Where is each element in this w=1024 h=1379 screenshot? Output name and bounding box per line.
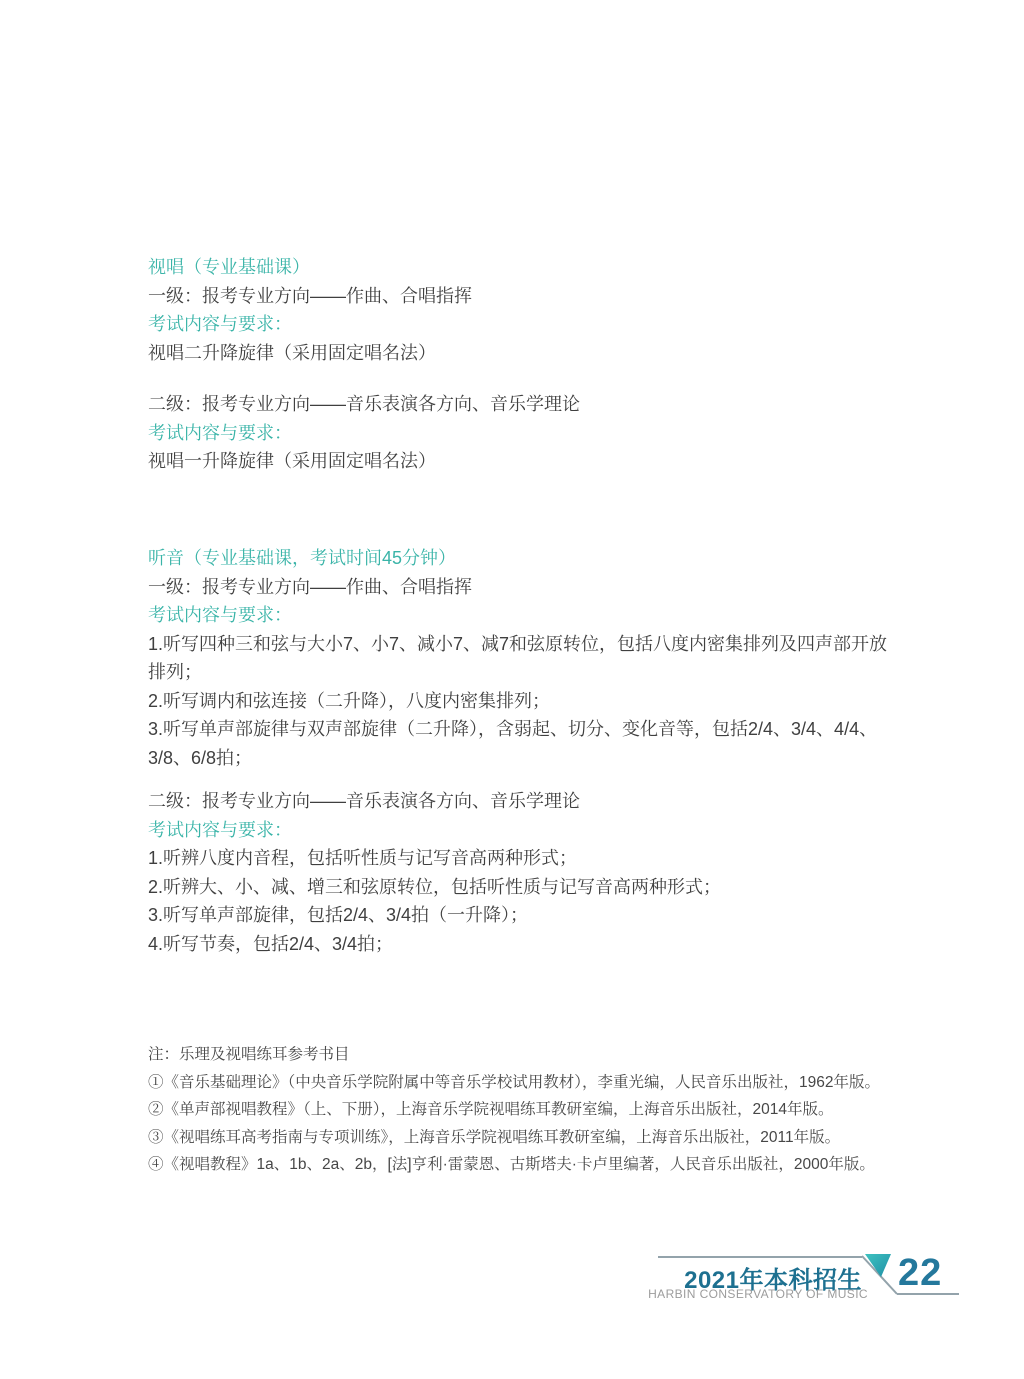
section-heading: 听音（专业基础课，考试时间45分钟）: [148, 544, 904, 573]
section-heading: 视唱（专业基础课）: [148, 253, 904, 282]
note-bibliography: 注：乐理及视唱练耳参考书目 ①《音乐基础理论》（中央音乐学院附属中等音乐学校试用…: [148, 1041, 924, 1179]
requirement-item: 2.听辨大、小、减、增三和弦原转位，包括听性质与记写音高两种形式；: [148, 873, 904, 902]
requirement-label: 考试内容与要求：: [148, 310, 904, 339]
note-item: ③《视唱练耳高考指南与专项训练》，上海音乐学院视唱练耳教研室编，上海音乐出版社，…: [148, 1124, 924, 1152]
level-line: 二级：报考专业方向——音乐表演各方向、音乐学理论: [148, 787, 904, 816]
section-ear-training: 听音（专业基础课，考试时间45分钟） 一级：报考专业方向——作曲、合唱指挥 考试…: [148, 544, 904, 958]
requirement-item: 3.听写单声部旋律与双声部旋律（二升降），含弱起、切分、变化音等，包括2/4、3…: [148, 715, 904, 772]
level-line: 一级：报考专业方向——作曲、合唱指挥: [148, 282, 904, 311]
page-number: 22: [898, 1252, 942, 1295]
requirement-label: 考试内容与要求：: [148, 601, 904, 630]
document-page: 视唱（专业基础课） 一级：报考专业方向——作曲、合唱指挥 考试内容与要求： 视唱…: [0, 0, 1024, 1379]
level-line: 一级：报考专业方向——作曲、合唱指挥: [148, 573, 904, 602]
requirement-label: 考试内容与要求：: [148, 816, 904, 845]
requirement-item: 1.听写四种三和弦与大小7、小7、减小7、减7和弦原转位，包括八度内密集排列及四…: [148, 630, 904, 687]
requirement-label: 考试内容与要求：: [148, 419, 904, 448]
requirement-item: 视唱一升降旋律（采用固定唱名法）: [148, 447, 904, 476]
note-title: 注：乐理及视唱练耳参考书目: [148, 1041, 924, 1069]
requirement-item: 1.听辨八度内音程，包括听性质与记写音高两种形式；: [148, 844, 904, 873]
level-line: 二级：报考专业方向——音乐表演各方向、音乐学理论: [148, 390, 904, 419]
footer-subtitle: HARBIN CONSERVATORY OF MUSIC: [628, 1287, 868, 1301]
requirement-item: 3.听写单声部旋律，包括2/4、3/4拍（一升降）；: [148, 901, 904, 930]
requirement-item: 4.听写节奏，包括2/4、3/4拍；: [148, 930, 904, 959]
requirement-item: 2.听写调内和弦连接（二升降），八度内密集排列；: [148, 687, 904, 716]
requirement-item: 视唱二升降旋律（采用固定唱名法）: [148, 339, 904, 368]
section-sight-singing: 视唱（专业基础课） 一级：报考专业方向——作曲、合唱指挥 考试内容与要求： 视唱…: [148, 253, 904, 476]
note-item: ②《单声部视唱教程》（上、下册），上海音乐学院视唱练耳教研室编，上海音乐出版社，…: [148, 1096, 924, 1124]
note-item: ④《视唱教程》1a、1b、2a、2b，[法]亨利·雷蒙恩、古斯塔夫·卡卢里编著，…: [148, 1151, 924, 1179]
note-item: ①《音乐基础理论》（中央音乐学院附属中等音乐学校试用教材），李重光编，人民音乐出…: [148, 1069, 924, 1097]
footer-rule-line: [658, 1256, 862, 1258]
